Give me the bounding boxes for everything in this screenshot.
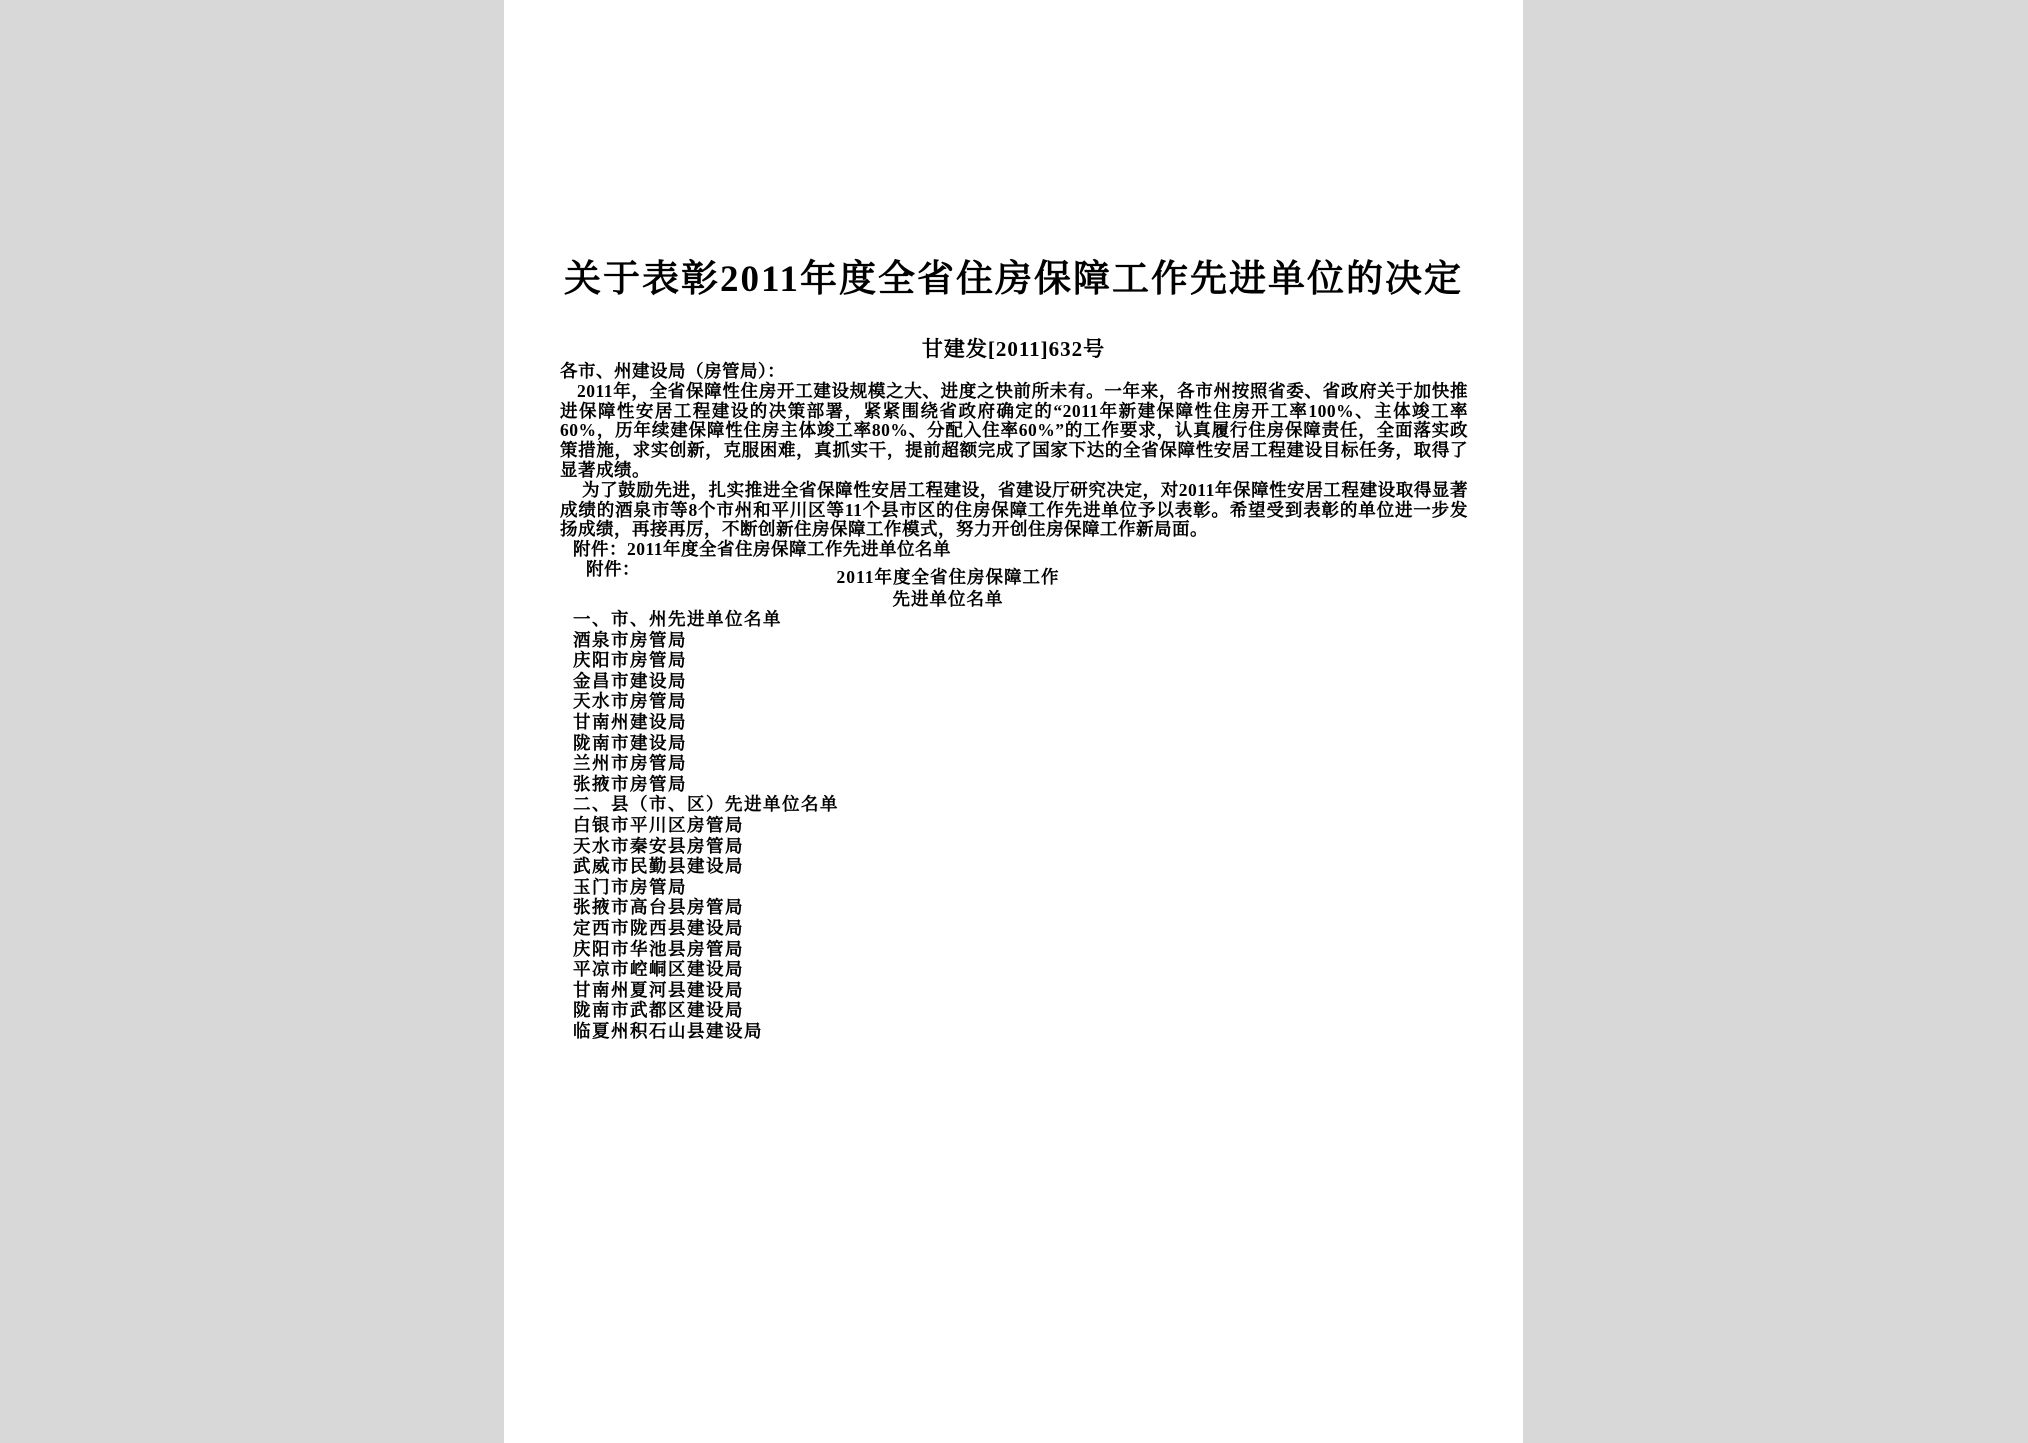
list-item: 张掖市高台县房管局 bbox=[573, 897, 839, 918]
advanced-units-roster: 一、市、州先进单位名单 酒泉市房管局 庆阳市房管局 金昌市建设局 天水市房管局 … bbox=[573, 609, 839, 1041]
attachment-note: 附件：2011年度全省住房保障工作先进单位名单 bbox=[560, 540, 1468, 560]
list-item: 金昌市建设局 bbox=[573, 671, 839, 692]
document-body: 各市、州建设局（房管局）： 2011年，全省保障性住房开工建设规模之大、进度之快… bbox=[560, 362, 1468, 580]
list-item: 临夏州积石山县建设局 bbox=[573, 1021, 839, 1042]
screenshot-viewport: 关于表彰2011年度全省住房保障工作先进单位的决定 甘建发[2011]632号 … bbox=[0, 0, 2028, 1443]
list-item: 天水市房管局 bbox=[573, 691, 839, 712]
document-number: 甘建发[2011]632号 bbox=[504, 336, 1523, 362]
paragraph-achievements: 2011年，全省保障性住房开工建设规模之大、进度之快前所未有。一年来，各市州按照… bbox=[560, 382, 1468, 481]
paragraph-commendation: 为了鼓励先进，扎实推进全省保障性安居工程建设，省建设厅研究决定，对2011年保障… bbox=[560, 481, 1468, 540]
list-item: 天水市秦安县房管局 bbox=[573, 836, 839, 857]
attachment-title-line1: 2011年度全省住房保障工作 bbox=[560, 566, 1336, 588]
list-item: 陇南市武都区建设局 bbox=[573, 1000, 839, 1021]
section-heading-cities: 一、市、州先进单位名单 bbox=[573, 609, 839, 630]
document-page: 关于表彰2011年度全省住房保障工作先进单位的决定 甘建发[2011]632号 … bbox=[504, 0, 1523, 1443]
attachment-title: 2011年度全省住房保障工作 先进单位名单 bbox=[560, 566, 1336, 610]
attachment-title-line2: 先进单位名单 bbox=[560, 588, 1336, 610]
list-item: 甘南州建设局 bbox=[573, 712, 839, 733]
list-item: 白银市平川区房管局 bbox=[573, 815, 839, 836]
section-heading-counties: 二、县（市、区）先进单位名单 bbox=[573, 794, 839, 815]
document-title: 关于表彰2011年度全省住房保障工作先进单位的决定 bbox=[504, 256, 1523, 304]
list-item: 平凉市崆峒区建设局 bbox=[573, 959, 839, 980]
list-item: 定西市陇西县建设局 bbox=[573, 918, 839, 939]
list-item: 甘南州夏河县建设局 bbox=[573, 980, 839, 1001]
list-item: 酒泉市房管局 bbox=[573, 630, 839, 651]
list-item: 武威市民勤县建设局 bbox=[573, 856, 839, 877]
list-item: 玉门市房管局 bbox=[573, 877, 839, 898]
salutation: 各市、州建设局（房管局）： bbox=[560, 362, 1468, 382]
list-item: 庆阳市华池县房管局 bbox=[573, 939, 839, 960]
list-item: 陇南市建设局 bbox=[573, 733, 839, 754]
list-item: 张掖市房管局 bbox=[573, 774, 839, 795]
list-item: 庆阳市房管局 bbox=[573, 650, 839, 671]
list-item: 兰州市房管局 bbox=[573, 753, 839, 774]
